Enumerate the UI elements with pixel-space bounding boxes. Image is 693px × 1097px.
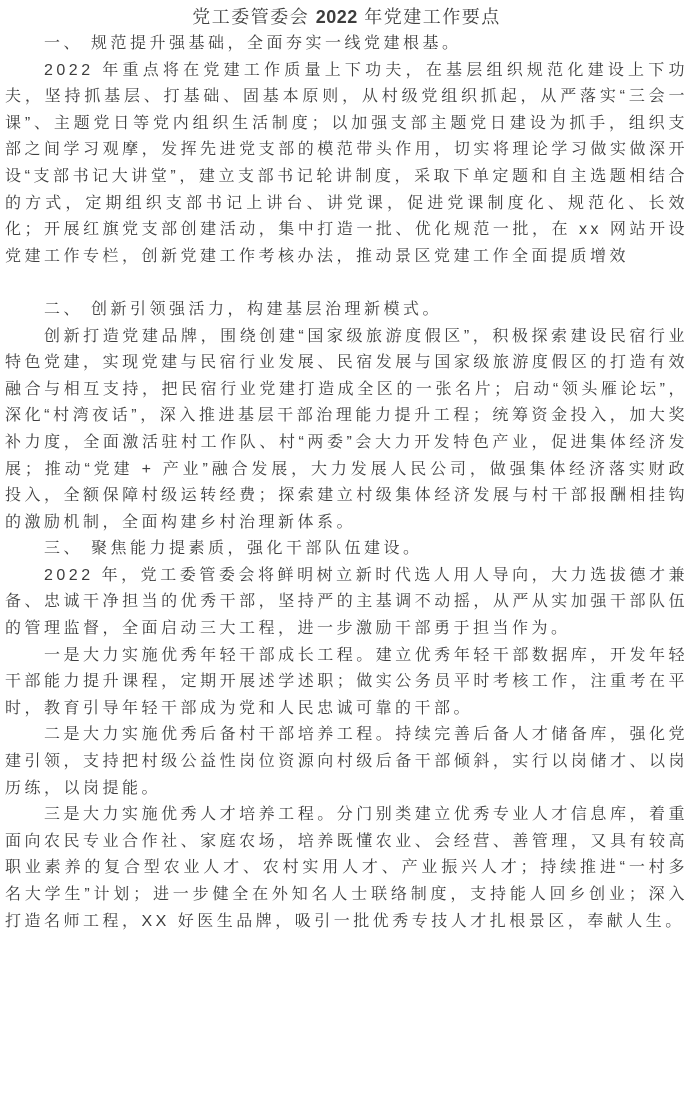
body-paragraph: 一是大力实施优秀年轻干部成长工程。建立优秀年轻干部数据库，开发年轻干部能力提升课… — [5, 643, 688, 723]
body-paragraph: 2022 年，党工委管委会将鲜明树立新时代选人用人导向，大力选拔德才兼备、忠诚干… — [5, 563, 688, 643]
body-paragraph: 二是大力实施优秀后备村干部培养工程。持续完善后备人才储备库，强化党建引领，支持把… — [5, 722, 688, 802]
text-run: 三是大力实施优秀人才培养工程。分门别类建立优秀专业人才信息库，着重面向农民专业合… — [5, 806, 688, 929]
document-page: 党工委管委会 2022 年党建工作要点 一、 规范提升强基础，全面夯实一线党建根… — [0, 0, 693, 1097]
document-title: 党工委管委会 2022 年党建工作要点 — [5, 4, 688, 31]
title-text-run: 党工委管委会 — [192, 7, 316, 27]
text-run: 二是大力实施优秀后备村干部培养工程。持续完善后备人才储备库，强化党建引领，支持把… — [5, 726, 688, 796]
section-heading: 一、 规范提升强基础，全面夯实一线党建根基。 — [5, 31, 688, 58]
text-run: 一是大力实施优秀年轻干部成长工程。建立优秀年轻干部数据库，开发年轻干部能力提升课… — [5, 647, 688, 717]
section-heading: 三、 聚焦能力提素质，强化干部队伍建设。 — [5, 536, 688, 563]
body-paragraph: 三是大力实施优秀人才培养工程。分门别类建立优秀专业人才信息库，着重面向农民专业合… — [5, 802, 688, 935]
title-year-run: 2022 — [316, 7, 358, 27]
text-run: 一、 规范提升强基础，全面夯实一线党建根基。 — [44, 35, 461, 52]
title-text-run: 年党建工作要点 — [358, 7, 501, 27]
text-run: 2022 年，党工委管委会将鲜明树立新时代选人用人导向，大力选拔德才兼备、忠诚干… — [5, 567, 688, 637]
document-body: 一、 规范提升强基础，全面夯实一线党建根基。2022 年重点将在党建工作质量上下… — [5, 31, 688, 935]
body-paragraph: 创新打造党建品牌，围绕创建“国家级旅游度假区”，积极探索建设民宿行业特色党建，实… — [5, 324, 688, 537]
text-run: 二、 创新引领强活力，构建基层治理新模式。 — [44, 301, 442, 318]
section-heading: 二、 创新引领强活力，构建基层治理新模式。 — [5, 297, 688, 324]
text-run: 2022 年重点将在党建工作质量上下功夫，在基层组织规范化建设上下功夫，坚持抓基… — [5, 62, 688, 265]
paragraph-spacer — [5, 270, 688, 297]
text-run: 三、 聚焦能力提素质，强化干部队伍建设。 — [44, 540, 422, 557]
body-paragraph: 2022 年重点将在党建工作质量上下功夫，在基层组织规范化建设上下功夫，坚持抓基… — [5, 58, 688, 271]
text-run: 创新打造党建品牌，围绕创建“国家级旅游度假区”，积极探索建设民宿行业特色党建，实… — [5, 328, 688, 531]
